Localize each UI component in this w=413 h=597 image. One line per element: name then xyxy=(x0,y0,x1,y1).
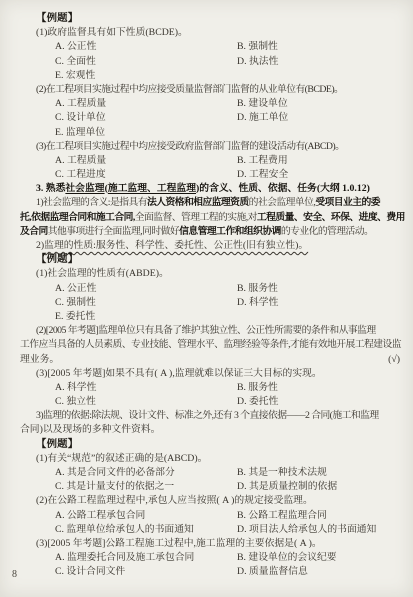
option-left: A. 公正性 xyxy=(55,40,237,54)
option-right: B. 服务性 xyxy=(237,381,278,395)
option-left: A. 工程质量 xyxy=(55,154,237,168)
option-right: D. 质量监督信息 xyxy=(237,565,308,579)
option-left: A. 科学性 xyxy=(55,381,237,395)
option-left: A. 工程质量 xyxy=(55,97,237,111)
paragraph-line: 托,依据监理合同和施工合同,全面监督、管理工程的实施,对工程质量、安全、环保、进… xyxy=(20,211,413,225)
option-right: D. 施工单位 xyxy=(237,111,288,125)
text-segment: 托,依据监理合同和施工合同, xyxy=(20,212,135,223)
option-right: D. 科学性 xyxy=(237,296,278,310)
option-left: C. 设计合同文件 xyxy=(55,565,237,579)
options-row: C. 其是计量支付的依据之一D. 其是质量控制的依据 xyxy=(55,480,413,494)
option-right: D. 其是质量控制的依据 xyxy=(237,480,337,494)
question-line: (3)[2005 年考题]如果不具有( A ),监理就难以保证三大目标的实现。 xyxy=(36,367,413,381)
options-row: A. 工程质量B. 建设单位 xyxy=(55,97,413,111)
option-left: C. 设计单位 xyxy=(55,111,237,125)
text-segment: 受项目业主的委 xyxy=(315,197,380,208)
text-segment: 信息管理工作和组织协调 xyxy=(179,226,281,237)
options-row: A. 公路工程承包合同B. 公路工程监理合同 xyxy=(55,509,413,523)
options-row: A. 监理委托合同及施工承包合同B. 建设单位的会议纪要 xyxy=(55,551,413,565)
question-line: 3)监理的依据:除法规、设计文件、标准之外,还有 3 个直接依据——2 合同(施… xyxy=(36,409,413,423)
options-row: E. 宏观性 xyxy=(55,69,413,83)
page-number: 8 xyxy=(12,569,17,580)
option-left: C. 监理单位给承包人的书面通知 xyxy=(55,523,237,537)
answer-mark: (√) xyxy=(388,353,400,367)
options-row: E. 监理单位 xyxy=(55,126,413,140)
option-left: C. 其是计量支付的依据之一 xyxy=(55,480,237,494)
text-segment: 施工监理、工程监理 xyxy=(108,183,196,194)
option-right: B. 建设单位 xyxy=(237,97,288,111)
question-line: (1)有关“规范”的叙述正确的是(ABCD)。 xyxy=(36,452,413,466)
options-row: A. 公正性B. 强制性 xyxy=(55,40,413,54)
option-right: B. 建设单位的会议纪要 xyxy=(237,551,337,565)
paragraph-line: 及合同其他事项进行全面监理,同时做好信息管理工作和组织协调的专业化的管理活动。 xyxy=(20,225,413,239)
paragraph-line: 1)社会监理的含义:是指具有法人资格和相应监理资质的社会监理单位,受项目业主的委 xyxy=(36,196,413,210)
statement-end-line: 理业务。(√) xyxy=(20,353,400,367)
option-left: E. 委托性 xyxy=(55,310,237,324)
option-left: E. 宏观性 xyxy=(55,69,237,83)
option-left: A. 监理委托合同及施工承包合同 xyxy=(55,551,237,565)
paragraph-line: 3. 熟悉社会监理(施工监理、工程监理)的含义、性质、依据、任务(大纲 1.0.… xyxy=(36,182,413,196)
option-right: D. 项目法人给承包人的书面通知 xyxy=(237,523,376,537)
statement-text: 理业务。 xyxy=(20,353,59,367)
options-row: A. 科学性B. 服务性 xyxy=(55,381,413,395)
options-row: C. 全面性D. 执法性 xyxy=(55,55,413,69)
text-segment: 其他事项进行全面监理,同时做好 xyxy=(48,226,179,237)
text-segment: 及合同 xyxy=(20,226,48,237)
option-right: D. 委托性 xyxy=(237,395,278,409)
example-header: 【例题】 xyxy=(36,253,413,267)
option-right: D. 工程安全 xyxy=(237,168,288,182)
options-row: A. 工程质量B. 工程费用 xyxy=(55,154,413,168)
option-right: B. 公路工程监理合同 xyxy=(237,509,327,523)
example-header: 【例题】 xyxy=(36,438,413,452)
option-left: C. 全面性 xyxy=(55,55,237,69)
question-line: (2)在工程项目实施过程中均应接受质量监督部门监督的从业单位有(BCDE)。 xyxy=(36,83,413,97)
scanned-textbook-page: 【例题】(1)政府监督具有如下性质(BCDE)。A. 公正性B. 强制性C. 全… xyxy=(0,0,413,597)
text-segment: 监理的性质:服务性、科学性、委托性、公正性(旧有独立性)。 xyxy=(44,240,308,251)
options-row: E. 委托性 xyxy=(55,310,413,324)
option-left: E. 监理单位 xyxy=(55,126,237,140)
text-segment: 1)社会监理的含义:是指具有 xyxy=(36,197,147,208)
question-line: (3)[2005 年考题]公路工程施工过程中,施工监理的主要依据是( A )。 xyxy=(36,537,413,551)
options-row: C. 强制性D. 科学性 xyxy=(55,296,413,310)
text-segment: 法人资格和相应监理资质 xyxy=(147,197,249,208)
option-right: B. 工程费用 xyxy=(237,154,288,168)
text-segment: 工程质量、安全、环保、进度、费用 xyxy=(257,212,405,223)
option-right: B. 其是一种技术法规 xyxy=(237,466,327,480)
text-segment: 社会监理 xyxy=(65,183,104,194)
text-segment: 2) xyxy=(36,240,44,251)
option-right: B. 服务性 xyxy=(237,282,278,296)
paragraph-continuation-line: 合同)以及现场的多种文件资料。 xyxy=(20,423,413,437)
page-content: 【例题】(1)政府监督具有如下性质(BCDE)。A. 公正性B. 强制性C. 全… xyxy=(0,12,413,580)
option-left: A. 公正性 xyxy=(55,282,237,296)
question-line: (2)在公路工程监理过程中,承包人应当按照( A )的规定接受监理。 xyxy=(36,494,413,508)
question-line: (2)[2005 年考题]监理单位只有具备了维护其独立性、公正性所需要的条件和从… xyxy=(36,324,413,338)
paragraph-continuation-line: 工作应当具备的人员素质、专业技能、管理水平、监理经验等条件,才能有效地开展工程建… xyxy=(20,338,413,352)
option-left: A. 其是合同文件的必备部分 xyxy=(55,466,237,480)
options-row: C. 工程进度D. 工程安全 xyxy=(55,168,413,182)
text-segment: 的专业化的管理活动。 xyxy=(281,226,373,237)
option-left: C. 强制性 xyxy=(55,296,237,310)
options-row: C. 监理单位给承包人的书面通知D. 项目法人给承包人的书面通知 xyxy=(55,523,413,537)
question-line: (1)政府监督具有如下性质(BCDE)。 xyxy=(36,26,413,40)
paragraph-line: 2)监理的性质:服务性、科学性、委托性、公正性(旧有独立性)。 xyxy=(36,239,413,253)
text-segment: 3. 熟悉 xyxy=(36,183,65,194)
options-row: A. 公正性B. 服务性 xyxy=(55,282,413,296)
options-row: C. 独立性D. 委托性 xyxy=(55,395,413,409)
question-line: (3)在工程项目实施过程中均应接受政府监督部门监督的建设活动有(ABCD)。 xyxy=(36,140,413,154)
option-right: D. 执法性 xyxy=(237,55,278,69)
question-line: (1)社会监理的性质有(ABDE)。 xyxy=(36,267,413,281)
options-row: A. 其是合同文件的必备部分B. 其是一种技术法规 xyxy=(55,466,413,480)
text-segment: 全面监督、管理工程的实施,对 xyxy=(135,212,257,223)
option-left: C. 独立性 xyxy=(55,395,237,409)
text-segment: )的含义、性质、依据、任务(大纲 1.0.12) xyxy=(196,183,370,194)
option-left: A. 公路工程承包合同 xyxy=(55,509,237,523)
option-right: B. 强制性 xyxy=(237,40,278,54)
example-header: 【例题】 xyxy=(36,12,413,26)
text-segment: 的社会监理单位, xyxy=(249,197,316,208)
options-row: C. 设计合同文件D. 质量监督信息 xyxy=(55,565,413,579)
options-row: C. 设计单位D. 施工单位 xyxy=(55,111,413,125)
option-left: C. 工程进度 xyxy=(55,168,237,182)
